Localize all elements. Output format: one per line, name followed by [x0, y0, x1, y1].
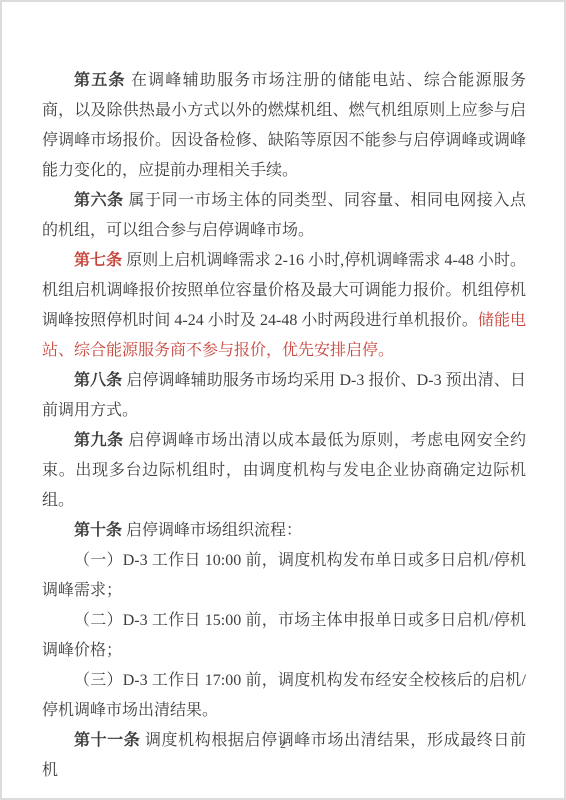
list-item-text: （三）D-3 工作日 17:00 前，调度机构发布经安全校核后的启机/停机调峰市…	[42, 672, 526, 719]
paragraph: （一）D-3 工作日 10:00 前，调度机构发布单日或多日启机/停机调峰需求；	[42, 546, 526, 606]
paragraph: 第八条 启停调峰辅助服务市场均采用 D-3 报价、D-3 预出清、日前调用方式。	[42, 366, 526, 426]
paragraph: 第九条 启停调峰市场出清以成本最低为原则，考虑电网安全约束。出现多台边际机组时，…	[42, 426, 526, 516]
list-item-text: （一）D-3 工作日 10:00 前，调度机构发布单日或多日启机/停机调峰需求；	[42, 552, 526, 599]
article-number: 第七条	[74, 252, 122, 269]
paragraph: 第十条 启停调峰市场组织流程：	[42, 516, 526, 546]
paragraph: （二）D-3 工作日 15:00 前，市场主体申报单日或多日启机/停机调峰价格；	[42, 606, 526, 666]
article-number: 第十条	[74, 522, 122, 539]
list-item-text: （二）D-3 工作日 15:00 前，市场主体申报单日或多日启机/停机调峰价格；	[42, 612, 526, 659]
article-text: 启停调峰市场组织流程：	[122, 522, 302, 539]
article-number: 第五条	[74, 72, 126, 89]
paragraph: 第六条 属于同一市场主体的同类型、同容量、相同电网接入点的机组，可以组合参与启停…	[42, 186, 526, 246]
paragraph: 第十一条 调度机构根据启停调峰市场出清结果，形成最终日前机	[42, 726, 526, 786]
paragraph: 第七条 原则上启机调峰需求 2-16 小时,停机调峰需求 4-48 小时。机组启…	[42, 246, 526, 366]
document-body: 第五条 在调峰辅助服务市场注册的储能电站、综合能源服务商，以及除供热最小方式以外…	[42, 66, 526, 786]
document-page: 第五条 在调峰辅助服务市场注册的储能电站、综合能源服务商，以及除供热最小方式以外…	[0, 0, 566, 800]
article-number: 第六条	[74, 192, 124, 209]
paragraph: 第五条 在调峰辅助服务市场注册的储能电站、综合能源服务商，以及除供热最小方式以外…	[42, 66, 526, 186]
article-number: 第九条	[74, 432, 124, 449]
page-number: 2	[2, 736, 564, 752]
article-number: 第八条	[74, 372, 122, 389]
paragraph: （三）D-3 工作日 17:00 前，调度机构发布经安全校核后的启机/停机调峰市…	[42, 666, 526, 726]
